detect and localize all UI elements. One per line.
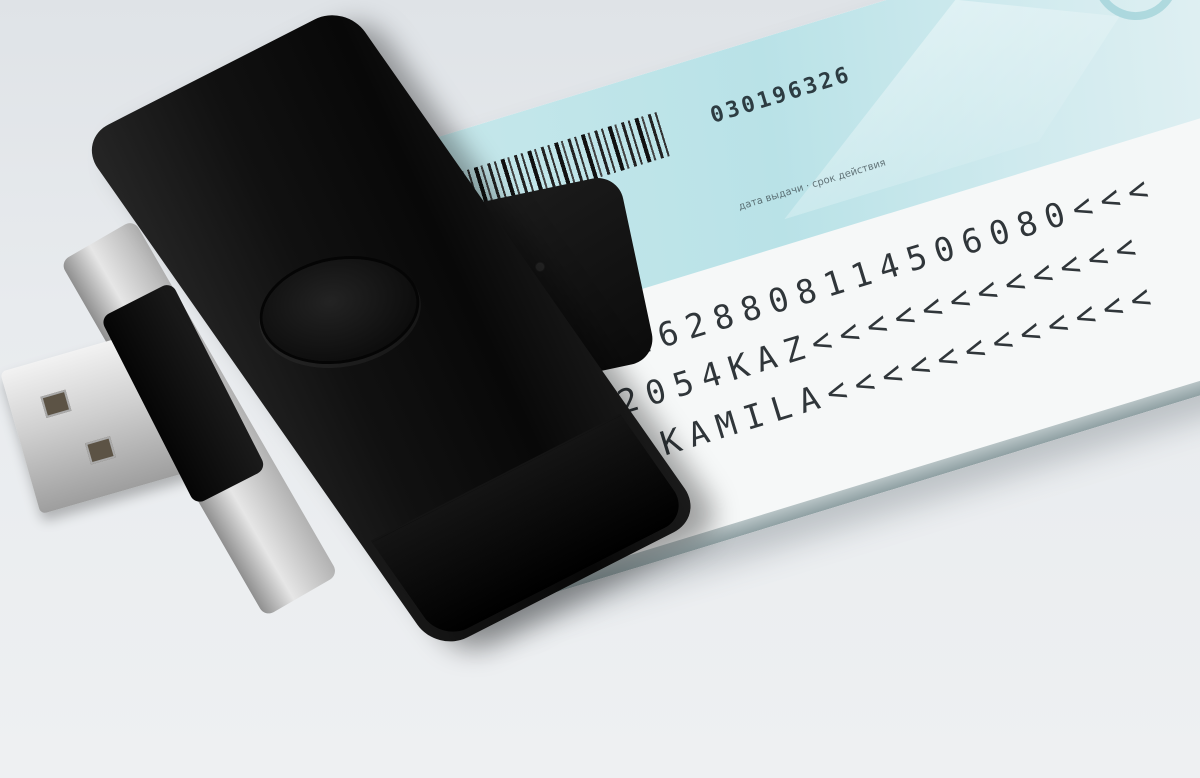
usb-contact-hole — [40, 390, 71, 418]
status-led-icon — [536, 263, 544, 271]
usb-contact-hole — [85, 436, 116, 464]
photo-scene: @ 030196326 место рождения …НСКАЯ ОБЛ ор… — [0, 0, 1200, 778]
